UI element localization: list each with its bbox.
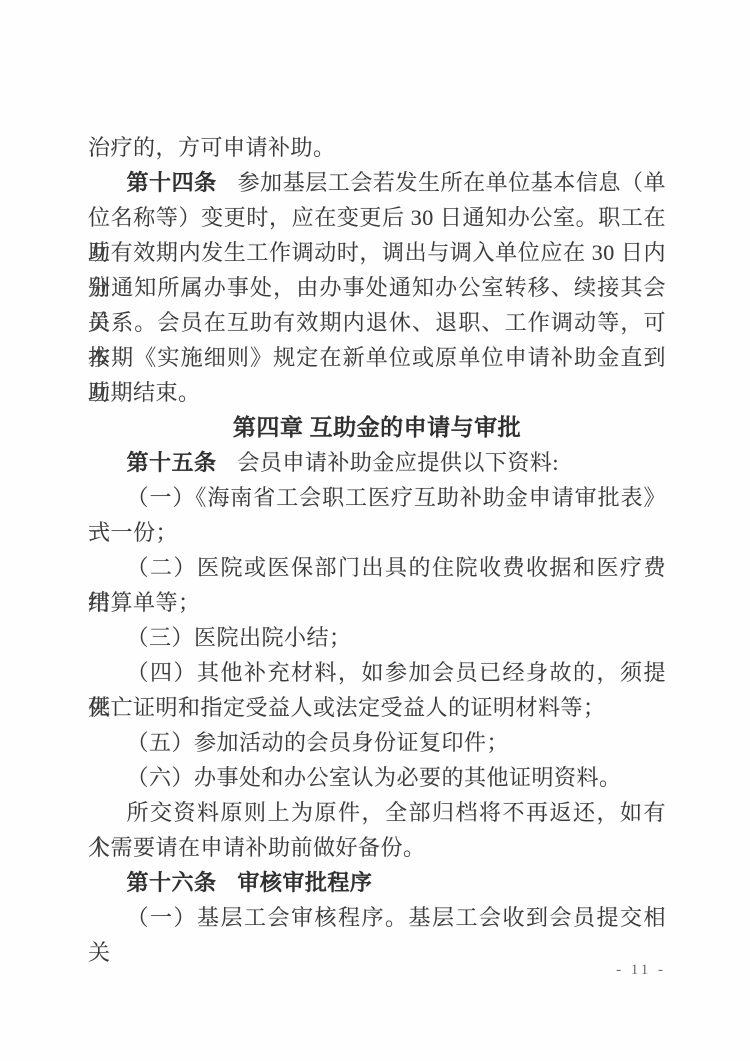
text-line: 人需要请在申请补助前做好备份。: [88, 830, 666, 865]
chapter-title: 第四章 互助金的申请与审批: [233, 415, 521, 440]
line-text: 人需要请在申请补助前做好备份。: [88, 835, 426, 860]
article-number: 第十六条: [127, 870, 217, 895]
line-text: （六）办事处和办公室认为必要的其他证明资料。: [127, 765, 622, 790]
line-text: （五）参加活动的会员身份证复印件；: [127, 730, 510, 755]
text-line: 位名称等）变更时，应在变更后 30 日通知办公室。职工在互: [88, 200, 666, 235]
line-text: 助期结束。: [88, 380, 201, 405]
line-text: （一）基层工会审核程序。基层工会收到会员提交相关: [88, 905, 666, 965]
list-item: （三）医院出院小结；: [88, 620, 666, 655]
article-heading-line: 第十六条审核审批程序: [88, 865, 666, 900]
line-text: 治疗的，方可申请补助。: [88, 135, 336, 160]
line-text: 参加基层工会若发生所在单位基本信息（单: [238, 170, 666, 195]
text-line: 助有效期内发生工作调动时，调出与调入单位应在 30 日内分: [88, 235, 666, 270]
list-item: （四）其他补充材料，如参加会员已经身故的，须提供: [88, 655, 666, 690]
list-item: （六）办事处和办公室认为必要的其他证明资料。: [88, 760, 666, 795]
chapter-heading: 第四章 互助金的申请与审批: [88, 410, 666, 445]
text-line: 关系。会员在互助有效期内退休、退职、工作调动等，可按: [88, 305, 666, 340]
line-text: （三）医院出院小结；: [127, 625, 352, 650]
article-heading-line: 第十五条会员申请补助金应提供以下资料:: [88, 445, 666, 480]
text-line: 式一份；: [88, 515, 666, 550]
scanned-document-page: 治疗的，方可申请补助。 第十四条参加基层工会若发生所在单位基本信息（单 位名称等…: [0, 0, 750, 1061]
text-line: 死亡证明和指定受益人或法定受益人的证明材料等；: [88, 690, 666, 725]
article-number: 第十五条: [127, 450, 217, 475]
line-text: 式一份；: [88, 520, 178, 545]
text-line: 别通知所属办事处，由办事处通知办公室转移、续接其会员: [88, 270, 666, 305]
line-text: 审核审批程序: [237, 870, 372, 895]
list-item: （一）《海南省工会职工医疗互助补助金申请审批表》一: [88, 480, 666, 515]
text-line: 结算单等；: [88, 585, 666, 620]
text-line: 所交资料原则上为原件，全部归档将不再返还，如有个: [88, 795, 666, 830]
text-line: 治疗的，方可申请补助。: [88, 130, 666, 165]
list-item: （二）医院或医保部门出具的住院收费收据和医疗费用: [88, 550, 666, 585]
line-text: 会员申请补助金应提供以下资料:: [237, 450, 559, 475]
list-item: （一）基层工会审核程序。基层工会收到会员提交相关: [88, 900, 666, 935]
page-number: - 11 -: [616, 962, 666, 979]
line-text: 结算单等；: [88, 590, 201, 615]
article-number: 第十四条: [127, 170, 217, 195]
list-item: （五）参加活动的会员身份证复印件；: [88, 725, 666, 760]
text-line: 助期结束。: [88, 375, 666, 410]
article-heading-line: 第十四条参加基层工会若发生所在单位基本信息（单: [88, 165, 666, 200]
line-text: 死亡证明和指定受益人或法定受益人的证明材料等；: [88, 695, 606, 720]
document-body: 治疗的，方可申请补助。 第十四条参加基层工会若发生所在单位基本信息（单 位名称等…: [88, 130, 666, 935]
text-line: 本期《实施细则》规定在新单位或原单位申请补助金直到互: [88, 340, 666, 375]
